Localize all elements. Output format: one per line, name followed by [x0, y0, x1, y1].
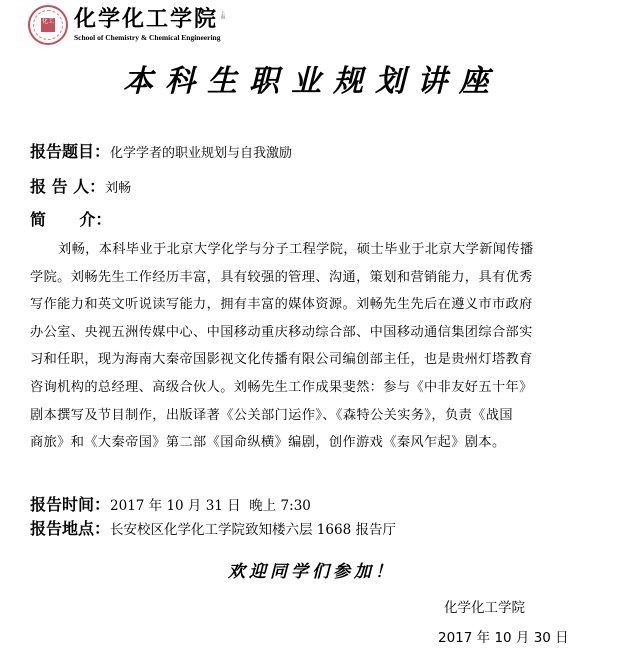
school-brand: 化学化工学院 上海 School of Chemistry & Chemical…	[74, 7, 226, 43]
seal-core: 化工	[41, 18, 55, 32]
bio-line: 写作能力和英文听说读写能力，拥有丰富的媒体资源。刘畅先生先后在遵义市市政府	[30, 291, 596, 319]
speaker-bio: 刘畅，本科毕业于北京大学化学与分子工程学院，硕士毕业于北京大学新闻传播 学院。刘…	[30, 236, 596, 457]
place-label: 报告地点：	[30, 519, 110, 538]
topic-label: 报告题目：	[30, 142, 110, 161]
school-seal-logo: 化工	[28, 5, 68, 45]
topic-value: 化学学者的职业规划与自我激励	[110, 146, 292, 161]
intro-row: 简 介：	[30, 207, 111, 230]
bio-line: 咨询机构的总经理、高级合伙人。刘畅先生工作成果斐然：参与《中非友好五十年》	[30, 374, 596, 402]
speaker-value: 刘畅	[105, 181, 131, 196]
page-title: 本科生职业规划讲座	[0, 62, 624, 102]
bio-line: 刘畅，本科毕业于北京大学化学与分子工程学院，硕士毕业于北京大学新闻传播	[30, 236, 596, 264]
signature-date: 2017 年 10 月 30 日	[438, 626, 569, 646]
speaker-label: 报 告 人：	[30, 177, 105, 196]
time-row: 报告时间：2017 年 10 月 31 日 晚上 7:30	[30, 492, 311, 515]
bio-line: 商旅》和《大秦帝国》第二部《国命纵横》编剧，创作游戏《秦风乍起》剧本。	[30, 429, 596, 457]
school-name-en: School of Chemistry & Chemical Engineeri…	[74, 33, 226, 43]
topic-row: 报告题目：化学学者的职业规划与自我激励	[30, 139, 292, 162]
school-name-cn: 化学化工学院	[74, 7, 218, 33]
time-label: 报告时间：	[30, 495, 110, 514]
bio-line: 习和任职，现为海南大秦帝国影视文化传播有限公司编创部主任，也是贵州灯塔教育	[30, 346, 596, 374]
speaker-row: 报 告 人：刘畅	[30, 174, 131, 197]
time-value: 2017 年 10 月 31 日 晚上 7:30	[110, 498, 311, 514]
bio-line: 剧本撰写及节目制作，出版译著《公关部门运作》、《森特公关实务》，负责《战国	[30, 402, 596, 430]
signature-org: 化学化工学院	[444, 596, 525, 616]
bio-line: 办公室、央视五洲传媒中心、中国移动重庆移动综合部、中国移动通信集团综合部实	[30, 319, 596, 347]
place-value: 长安校区化学化工学院致知楼六层 1668 报告厅	[110, 522, 396, 538]
welcome-message: 欢迎同学们参加！	[0, 557, 624, 582]
school-header: 化工 化学化工学院 上海 School of Chemistry & Chemi…	[28, 4, 226, 46]
intro-label: 简 介：	[30, 210, 111, 229]
bio-line: 学院。刘畅先生工作经历丰富，具有较强的管理、沟通，策划和营销能力，具有优秀	[30, 264, 596, 292]
place-row: 报告地点：长安校区化学化工学院致知楼六层 1668 报告厅	[30, 516, 396, 539]
school-mark: 上海	[221, 11, 226, 19]
